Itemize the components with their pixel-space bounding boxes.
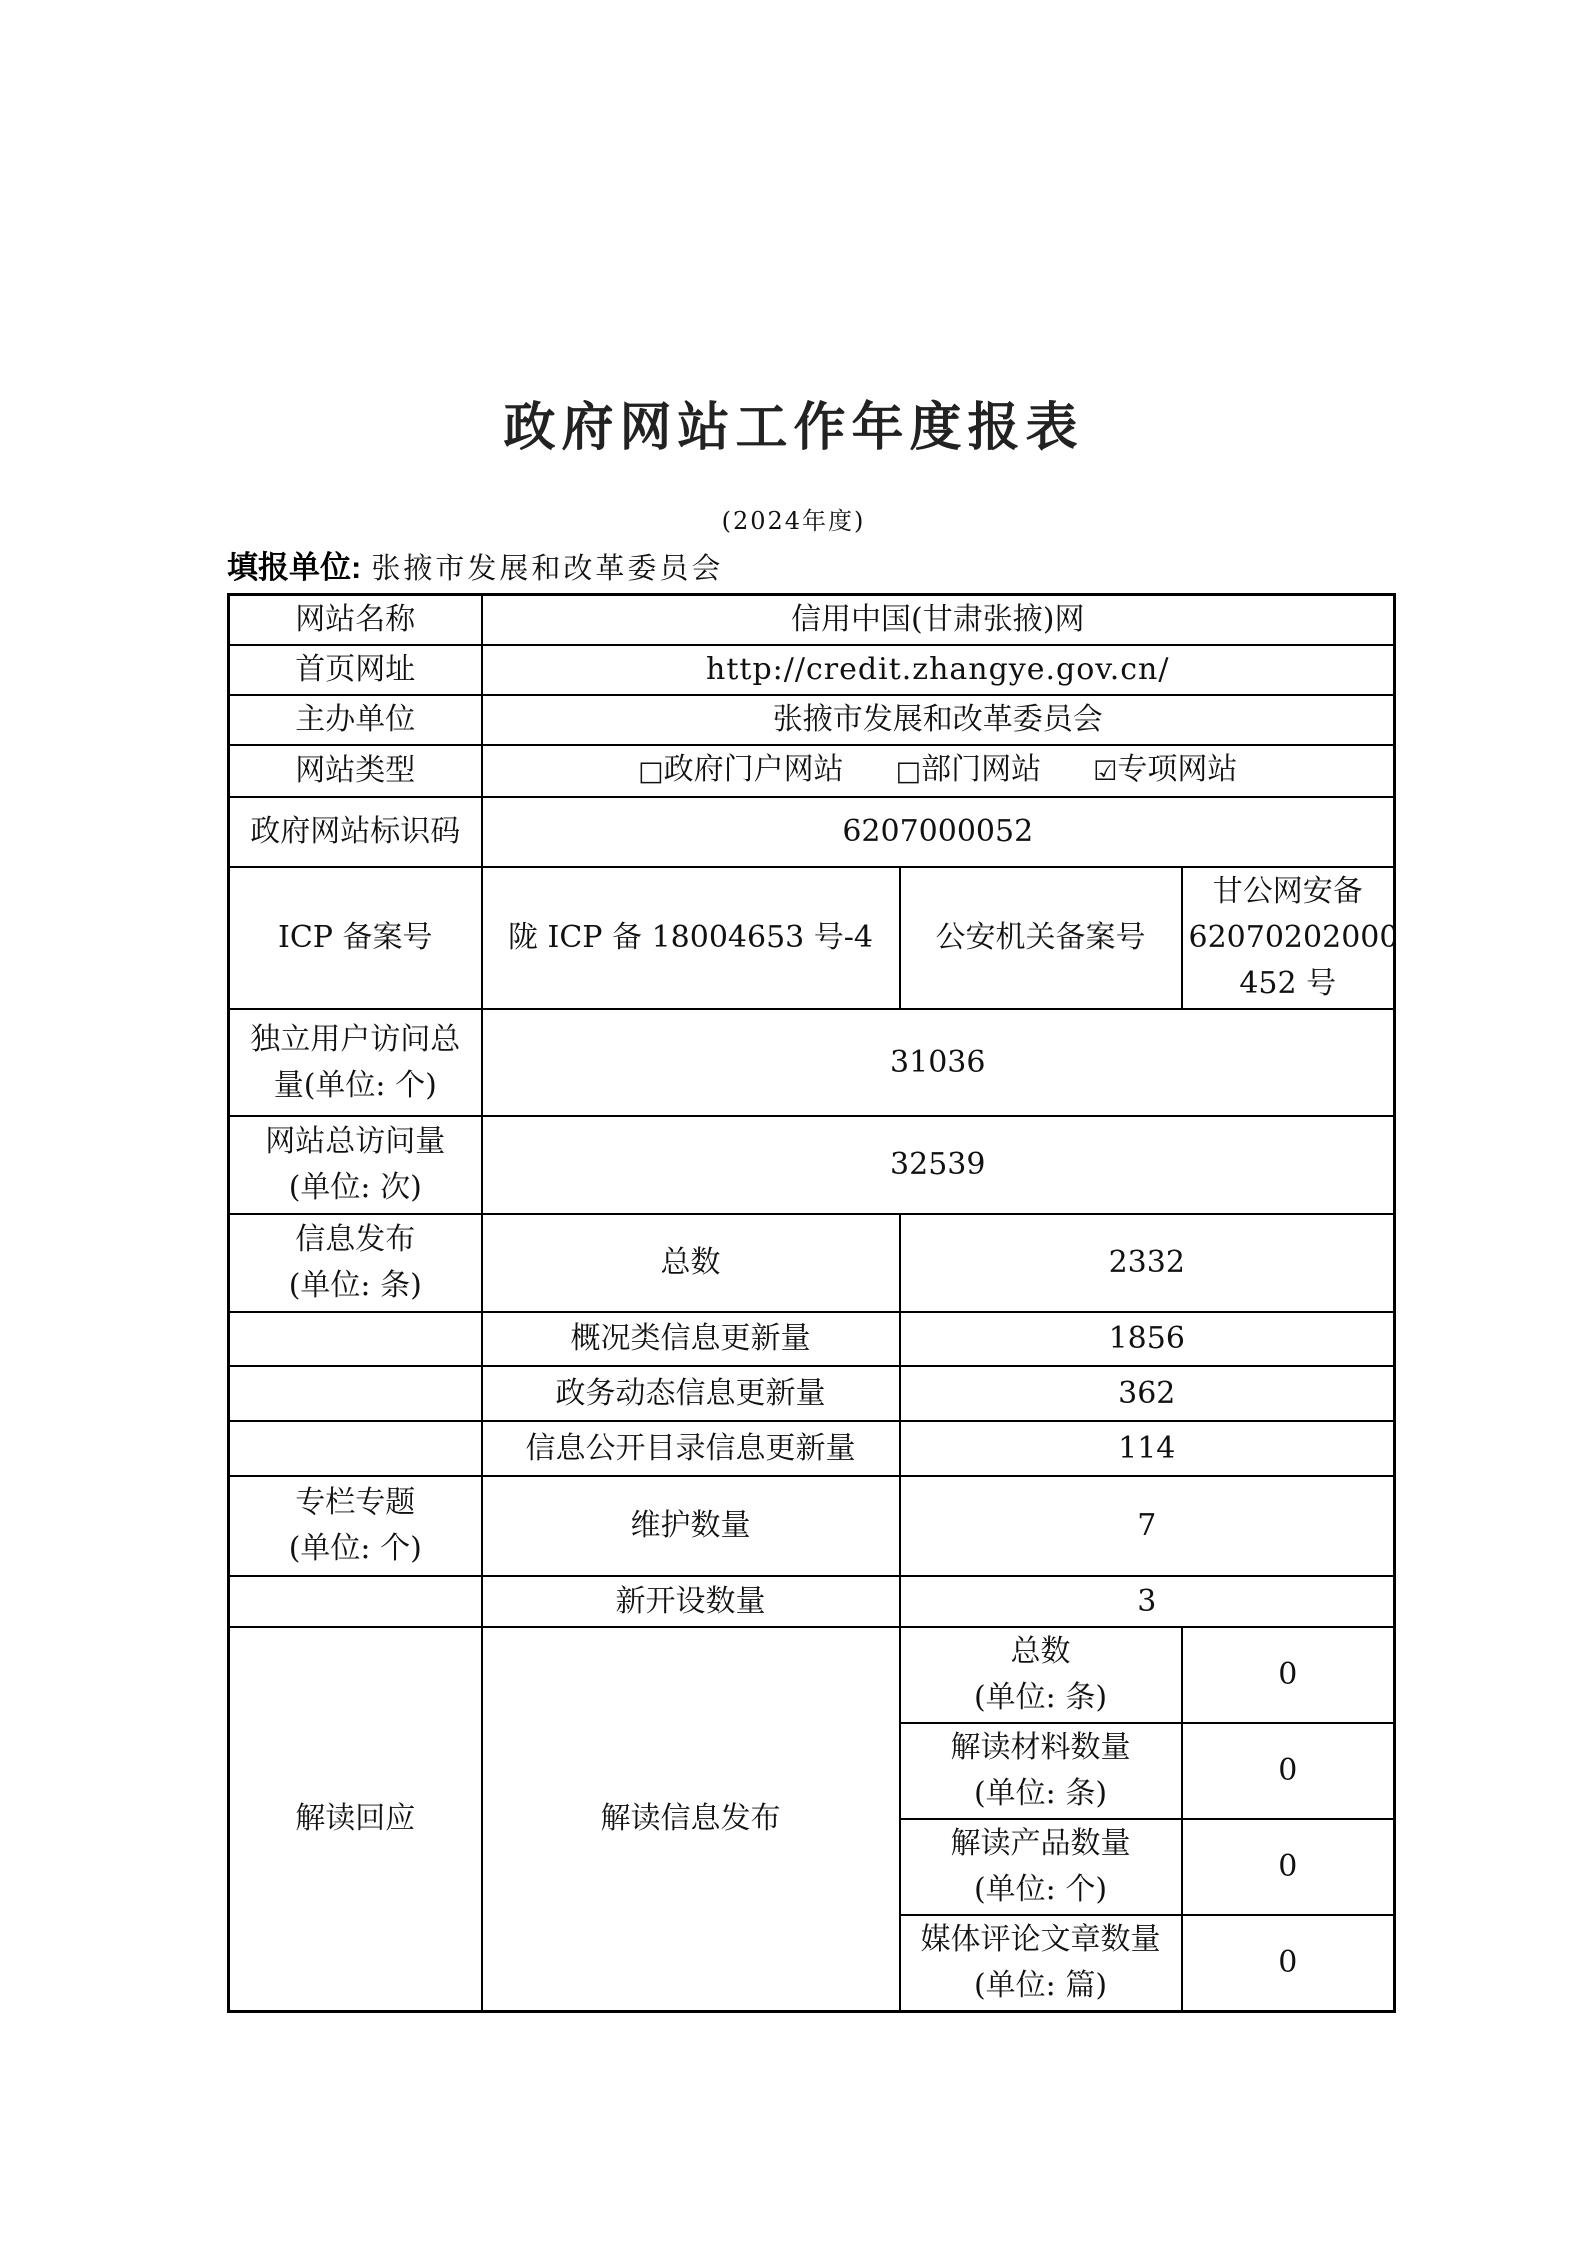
site-name-value: 信用中国(甘肃张掖)网 — [482, 595, 1395, 646]
home-url-value: http://credit.zhangye.gov.cn/ — [482, 645, 1395, 695]
total-visits-label: 网站总访问量 (单位: 次) — [229, 1116, 482, 1214]
unique-visitors-value: 31036 — [482, 1009, 1395, 1116]
reporting-unit-value: 张掖市发展和改革委员会 — [371, 551, 723, 585]
site-type-label: 网站类型 — [229, 745, 482, 797]
table-row: 信息发布 (单位: 条) 总数 2332 — [229, 1214, 1395, 1312]
table-row: 信息公开目录信息更新量 114 — [229, 1421, 1395, 1476]
site-type-option-label: 政府门户网站 — [664, 752, 844, 787]
interpretation-row-label: 解读材料数量 (单位: 条) — [900, 1723, 1182, 1819]
empty-cell — [229, 1421, 482, 1476]
interpretation-row-value: 0 — [1182, 1915, 1395, 2012]
empty-cell — [229, 1312, 482, 1366]
table-row: 新开设数量 3 — [229, 1576, 1395, 1627]
police-record-value: 甘公网安备 62070202000 452 号 — [1182, 867, 1395, 1009]
annual-report-table: 网站名称 信用中国(甘肃张掖)网 首页网址 http://credit.zhan… — [227, 593, 1396, 2013]
checkbox-unchecked-icon: □ — [638, 756, 664, 787]
info-publish-row-label: 政务动态信息更新量 — [482, 1366, 900, 1421]
interpretation-row-label: 解读产品数量 (单位: 个) — [900, 1819, 1182, 1915]
table-row: 网站总访问量 (单位: 次) 32539 — [229, 1116, 1395, 1214]
site-type-option-label: 部门网站 — [921, 752, 1041, 787]
site-name-label: 网站名称 — [229, 595, 482, 646]
sponsor-label: 主办单位 — [229, 695, 482, 745]
columns-topics-row-value: 3 — [900, 1576, 1395, 1627]
page-subtitle: (2024年度) — [0, 506, 1587, 536]
site-type-option: □部门网站 — [896, 747, 1042, 795]
table-row: ICP 备案号 陇 ICP 备 18004653 号-4 公安机关备案号 甘公网… — [229, 867, 1395, 1009]
table-row: 主办单位 张掖市发展和改革委员会 — [229, 695, 1395, 745]
checkbox-checked-icon: ☑ — [1093, 756, 1117, 787]
info-publish-row-label: 概况类信息更新量 — [482, 1312, 900, 1366]
table-row: 政府网站标识码 6207000052 — [229, 797, 1395, 867]
icp-label: ICP 备案号 — [229, 867, 482, 1009]
interpretation-row-value: 0 — [1182, 1819, 1395, 1915]
site-type-option: ☑专项网站 — [1093, 747, 1237, 795]
info-publish-row-value: 1856 — [900, 1312, 1395, 1366]
columns-topics-label: 专栏专题 (单位: 个) — [229, 1476, 482, 1576]
columns-topics-row-label: 维护数量 — [482, 1476, 900, 1576]
info-publish-row-label: 信息公开目录信息更新量 — [482, 1421, 900, 1476]
site-type-option: □政府门户网站 — [638, 747, 844, 795]
table-row: 专栏专题 (单位: 个) 维护数量 7 — [229, 1476, 1395, 1576]
site-code-value: 6207000052 — [482, 797, 1395, 867]
table-row: 网站类型 □政府门户网站□部门网站☑专项网站 — [229, 745, 1395, 797]
unique-visitors-label: 独立用户访问总 量(单位: 个) — [229, 1009, 482, 1116]
info-publish-row-value: 2332 — [900, 1214, 1395, 1312]
columns-topics-row-label: 新开设数量 — [482, 1576, 900, 1627]
page-title: 政府网站工作年度报表 — [0, 396, 1587, 460]
report-page: 政府网站工作年度报表 (2024年度) 填报单位:张掖市发展和改革委员会 网站名… — [0, 0, 1587, 2245]
table-row: 首页网址 http://credit.zhangye.gov.cn/ — [229, 645, 1395, 695]
table-row: 解读回应 解读信息发布 总数 (单位: 条) 0 — [229, 1627, 1395, 1723]
info-publish-label: 信息发布 (单位: 条) — [229, 1214, 482, 1312]
table-row: 独立用户访问总 量(单位: 个) 31036 — [229, 1009, 1395, 1116]
site-type-options: □政府门户网站□部门网站☑专项网站 — [482, 745, 1395, 797]
info-publish-row-value: 362 — [900, 1366, 1395, 1421]
reporting-unit-label: 填报单位: — [227, 550, 361, 585]
site-code-label: 政府网站标识码 — [229, 797, 482, 867]
empty-cell — [229, 1576, 482, 1627]
info-publish-row-label: 总数 — [482, 1214, 900, 1312]
table-row: 概况类信息更新量 1856 — [229, 1312, 1395, 1366]
columns-topics-row-value: 7 — [900, 1476, 1395, 1576]
total-visits-value: 32539 — [482, 1116, 1395, 1214]
table-row: 网站名称 信用中国(甘肃张掖)网 — [229, 595, 1395, 646]
empty-cell — [229, 1366, 482, 1421]
icp-value: 陇 ICP 备 18004653 号-4 — [482, 867, 900, 1009]
interpretation-label: 解读回应 — [229, 1627, 482, 2012]
home-url-label: 首页网址 — [229, 645, 482, 695]
interpretation-row-value: 0 — [1182, 1627, 1395, 1723]
interpretation-row-label: 总数 (单位: 条) — [900, 1627, 1182, 1723]
table-row: 政务动态信息更新量 362 — [229, 1366, 1395, 1421]
reporting-unit-line: 填报单位:张掖市发展和改革委员会 — [227, 548, 723, 588]
police-record-label: 公安机关备案号 — [900, 867, 1182, 1009]
site-type-option-label: 专项网站 — [1117, 752, 1237, 787]
sponsor-value: 张掖市发展和改革委员会 — [482, 695, 1395, 745]
checkbox-unchecked-icon: □ — [896, 756, 922, 787]
interpretation-row-label: 媒体评论文章数量 (单位: 篇) — [900, 1915, 1182, 2012]
interpretation-row-value: 0 — [1182, 1723, 1395, 1819]
info-publish-row-value: 114 — [900, 1421, 1395, 1476]
interpretation-sublabel: 解读信息发布 — [482, 1627, 900, 2012]
